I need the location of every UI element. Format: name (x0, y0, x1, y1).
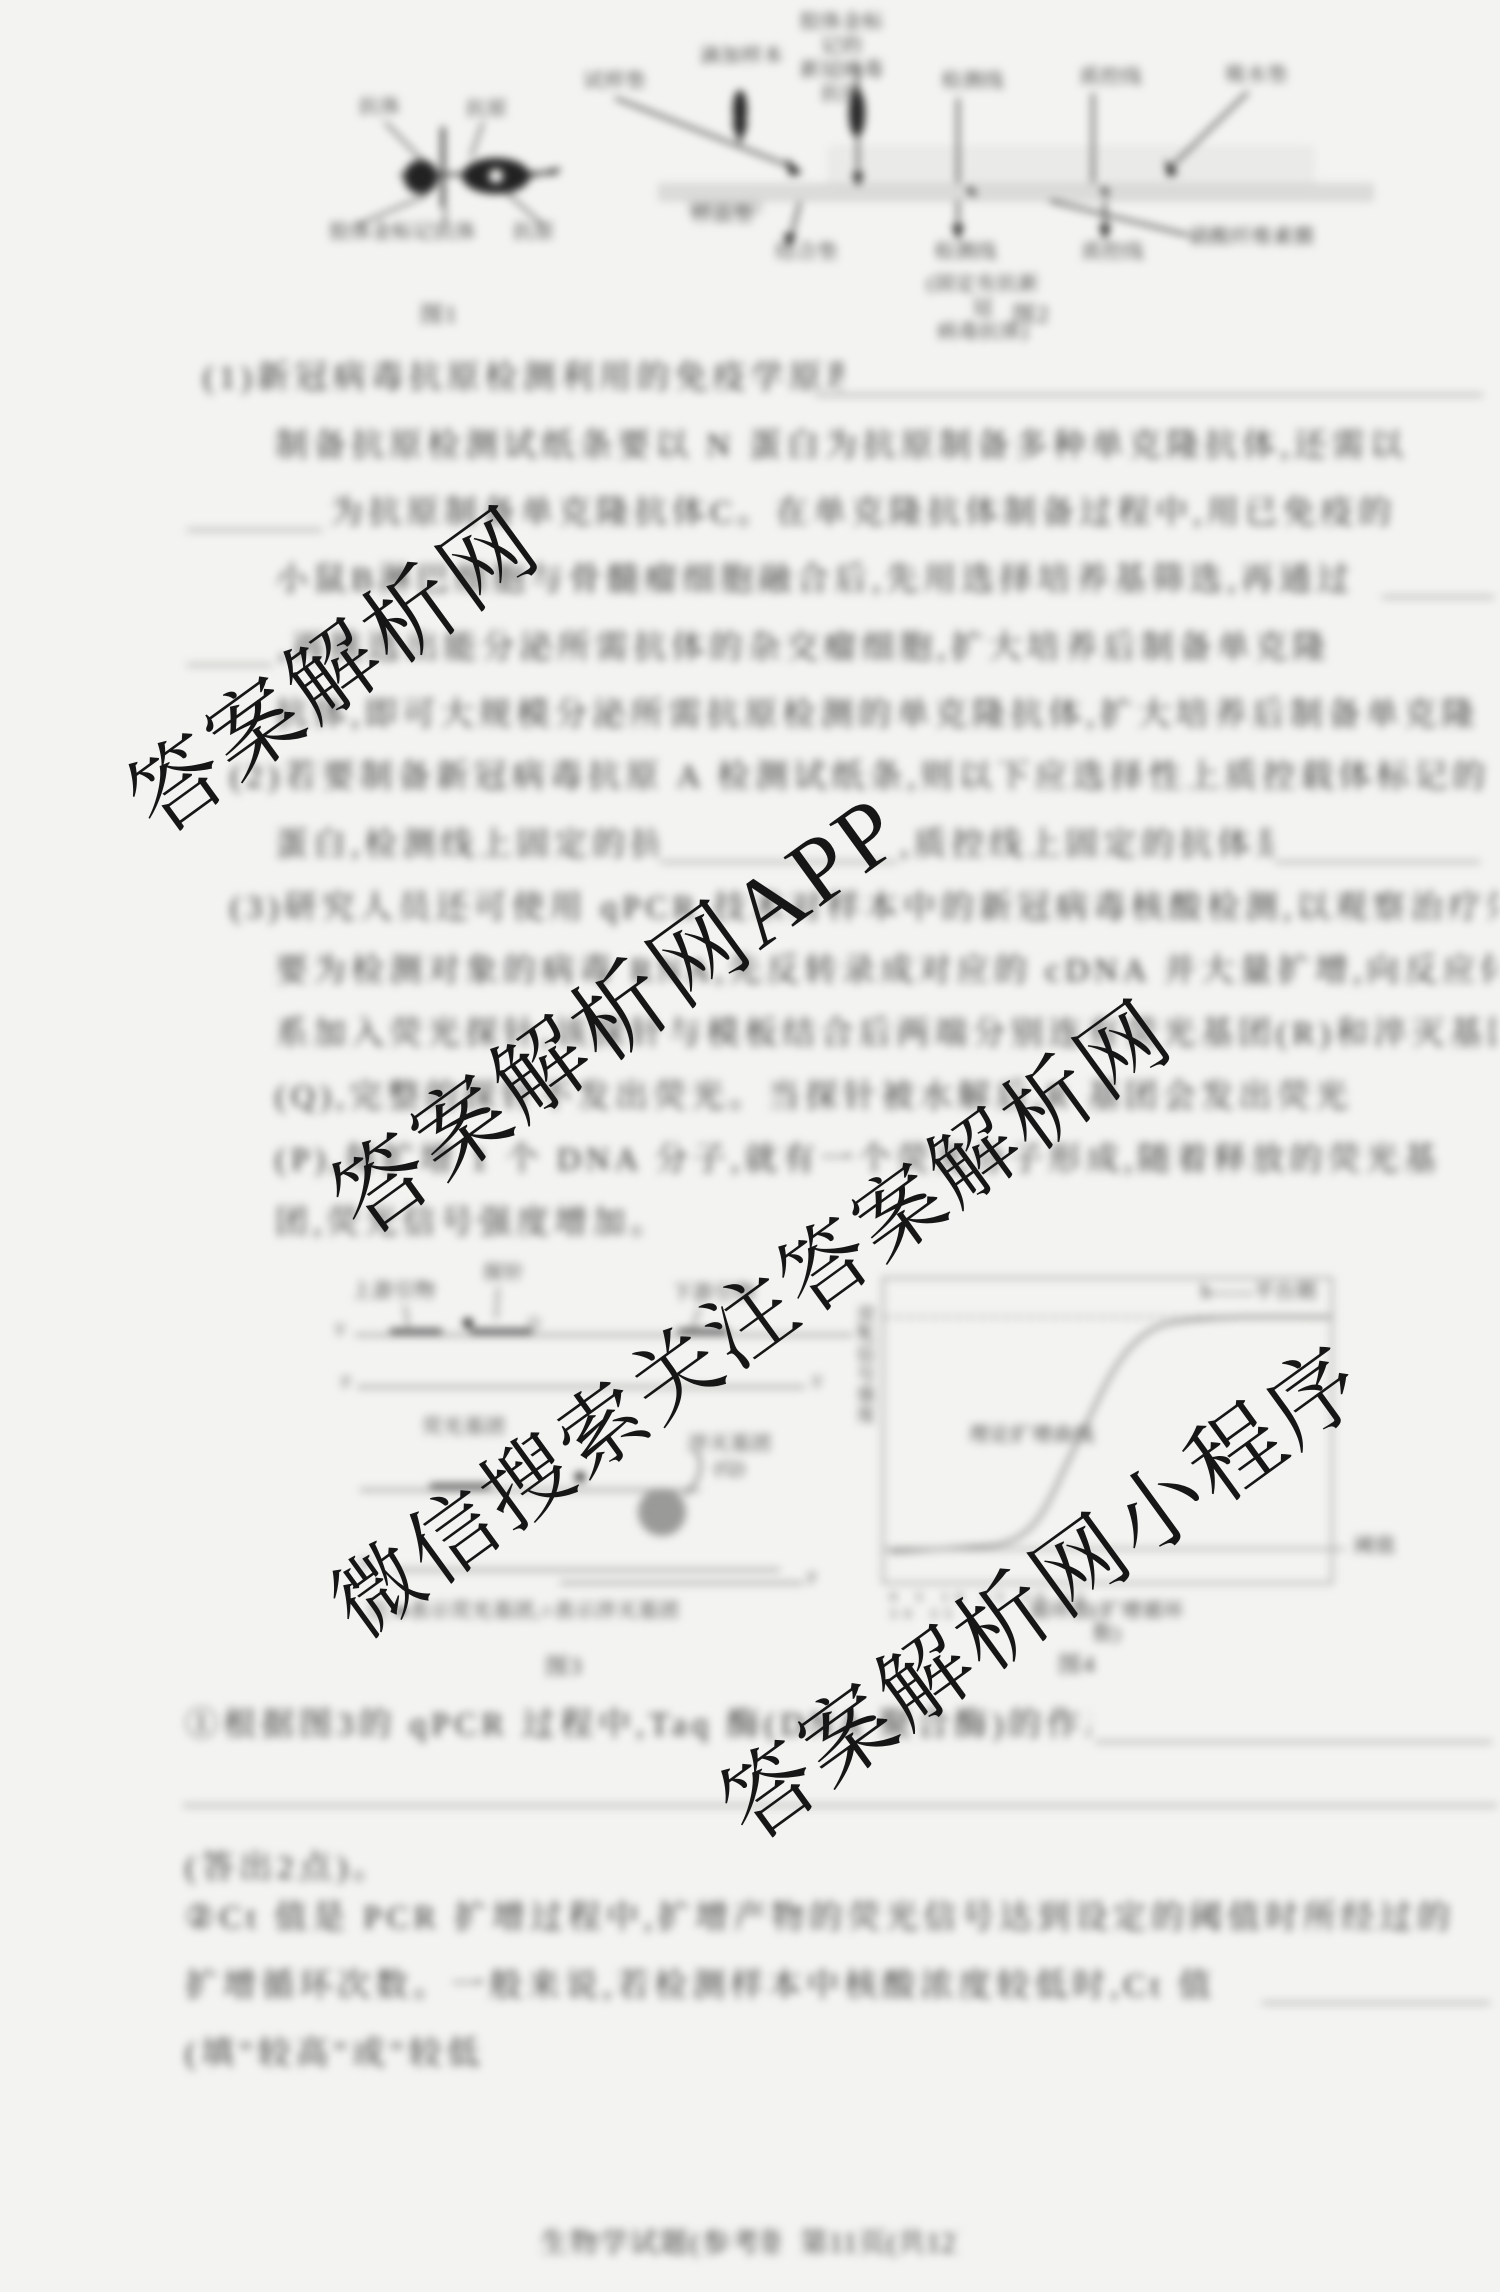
fig1-label-antigen2: 抗原 (502, 221, 566, 244)
fig4-plateau-label: b——平台期 (1180, 1281, 1338, 1304)
q2-line2: 扩增循环次数。一般来说,若检测样本中核酸浓度较低时,Ct 值 (185, 1966, 1260, 2006)
fig1-label-gold-antibody: 胶体金标记抗体 (328, 221, 478, 244)
exam-page: { "page": { "background": "#f3f3f1" }, "… (0, 0, 1500, 2292)
fig2-membrane-rect (830, 148, 1312, 186)
para3-line6: 团,荧光信号强度增加。 (275, 1203, 695, 1243)
footer-left: 生物学试题(参考版) (540, 2224, 780, 2264)
fig2-top-label-gold-conjugate: 胶体金标记的 新冠病毒抗体 (796, 10, 888, 106)
para1-line6: 抗体,即可大规模分泌所需抗原检测的单克隆抗体,扩大培养后制备单克隆 (275, 695, 1497, 735)
fig1-sketch (255, 55, 605, 325)
para1-line1: (1)新冠病毒抗原检测利用的免疫学原理是 (203, 358, 843, 398)
fig4-caption: 图4 (1058, 1646, 1097, 1679)
fig2-bottom-label-control-line: 质控线 (1068, 241, 1158, 264)
fig1-gold-particle (404, 160, 438, 194)
fig4-ylabel: 荧光信号强度 (852, 1305, 878, 1505)
fig2-top-label-sample-pad: 试样垫 (583, 70, 647, 93)
fig2-top-label-control-line: 质控线 (1078, 66, 1144, 89)
fig2-strip-band (660, 185, 1372, 200)
para1-line2: 制备抗原检测试纸条要以 N 蛋白为抗原制备多种单克隆抗体,还需以 (275, 426, 1497, 466)
fig3-end-3c: 3' (806, 1570, 817, 1587)
fig3-end-3b: 3' (340, 1374, 351, 1391)
fig2-bottom-label-test-line: 检测线 (922, 241, 1010, 264)
fig2-bottom-label-membrane: 硝酸纤维素膜 (1188, 226, 1316, 249)
para3-line2: 要为检测对象的病毒 RNA,先反转录成对应的 cDNA 并大量扩增,向反应体系 (275, 951, 1497, 991)
fig2-top-label-absorbent-pad: 吸水垫 (1224, 64, 1290, 87)
blank-underline (1095, 1741, 1492, 1743)
fig3-caption: 图3 (545, 1648, 584, 1681)
blank-underline (815, 394, 1483, 396)
fig4-curve-label: 理论扩增曲线 (952, 1424, 1112, 1447)
para2-line2b: ,质控线上固定的抗体是 (900, 825, 1272, 865)
fig1-caption: 图1 (420, 296, 459, 329)
blank-underline (1275, 861, 1480, 863)
fig3-end-5b: 5' (812, 1374, 823, 1391)
blank-underline (187, 529, 322, 531)
fig3-polymerase-circle (638, 1488, 686, 1536)
q2-line3: (填"较高"或"较低")。 (185, 2034, 485, 2074)
fig2-caption: 图2 (1012, 296, 1051, 329)
fig3-label-quencher: 淬灭基团 (Q) (682, 1432, 778, 1480)
para2-line2a: 蛋白,检测线上固定的抗体是 (275, 825, 657, 865)
fig2-bottom-label-sample-pad: 样品垫 (690, 204, 756, 227)
footer-right: 第11页(共12页) (800, 2224, 960, 2264)
fig2-top-label-test-line: 检测线 (940, 70, 1006, 93)
blank-underline (1262, 2002, 1490, 2004)
fig3-end-5a: 5' (335, 1322, 346, 1339)
q1-note: (答出2点)。 (185, 1848, 405, 1888)
q2-line1: ②Ct 值是 PCR 扩增过程中,扩增产物的荧光信号达到设定的阈值时所经过的 (185, 1898, 1497, 1938)
fig4-threshold-label: 阈值 (1350, 1535, 1400, 1558)
document-layer: 抗体 抗原 胶体金标记抗体 抗原 图1 (0, 0, 1500, 2292)
fig2-top-label-add-sample: 滴加样本 (698, 45, 786, 68)
fig2-bottom-label-conjugate-pad: 结合垫 (772, 241, 842, 264)
blank-underline (1382, 596, 1494, 598)
